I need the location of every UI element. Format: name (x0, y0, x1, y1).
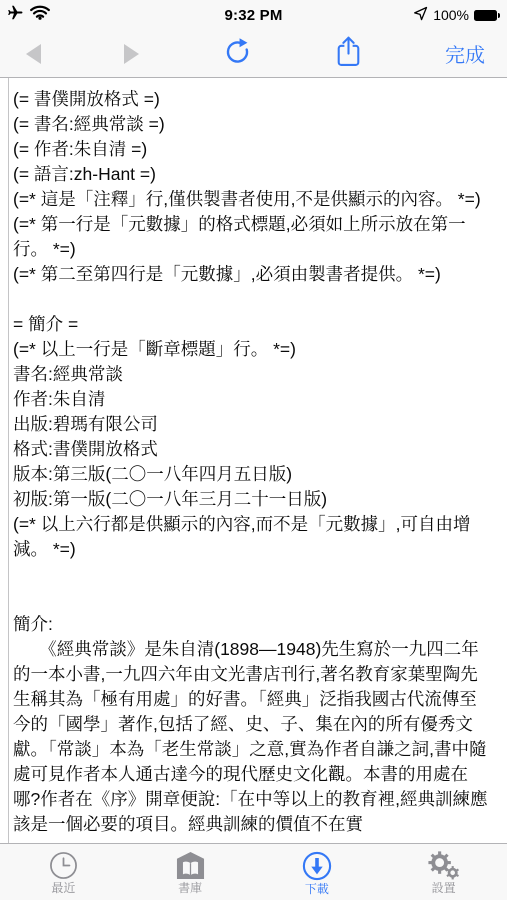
text-line: (=* 以上一行是「斷章標題」行。 *=) (13, 337, 494, 362)
clock-icon (49, 851, 78, 880)
status-right-cluster: 100% (413, 6, 500, 24)
text-line (13, 287, 494, 312)
done-button[interactable]: 完成 (445, 39, 485, 68)
text-line: 版本:第三版(二〇一八年四月五日版) (13, 462, 494, 487)
refresh-button[interactable] (223, 37, 252, 71)
text-line (13, 562, 494, 587)
text-line: 出版:碧瑪有限公司 (13, 412, 494, 437)
screen: 9:32 PM 100% (0, 0, 507, 900)
page-edge (8, 78, 9, 843)
tab-label: 設置 (432, 882, 456, 895)
text-line: 格式:書僕開放格式 (13, 437, 494, 462)
text-line: (=* 以上六行都是供顯示的內容,而不是「元數據」,可自由增減。 *=) (13, 512, 494, 562)
back-button[interactable] (26, 44, 41, 64)
text-line: (=* 第一行是「元數據」的格式標題,必須如上所示放在第一行。 *=) (13, 212, 494, 262)
document-view[interactable]: (= 書僕開放格式 =)(= 書名:經典常談 =)(= 作者:朱自清 =)(= … (0, 78, 507, 843)
forward-icon (124, 44, 139, 64)
text-line: 《經典常談》是朱自清(1898—1948)先生寫於一九四二年的一本小書,一九四六… (13, 637, 494, 837)
tab-label: 最近 (51, 882, 75, 895)
text-line: 簡介: (13, 612, 494, 637)
status-left-cluster (7, 4, 50, 26)
text-line: 作者:朱自清 (13, 387, 494, 412)
text-line: (= 語言:zh-Hant =) (13, 162, 494, 187)
library-icon (175, 851, 206, 880)
status-bar: 9:32 PM 100% (0, 0, 507, 30)
tab-recent[interactable]: 最近 (0, 844, 127, 900)
wifi-icon (30, 5, 50, 25)
text-content: (= 書僕開放格式 =)(= 書名:經典常談 =)(= 作者:朱自清 =)(= … (13, 87, 494, 837)
share-button[interactable] (335, 35, 362, 73)
tab-download[interactable]: 下載 (254, 844, 381, 900)
gears-icon (427, 851, 460, 880)
tab-label: 下載 (305, 883, 329, 896)
battery-icon (474, 10, 497, 21)
text-line: (=* 這是「注釋」行,僅供製書者使用,不是供顯示的內容。 *=) (13, 187, 494, 212)
tab-library[interactable]: 書庫 (127, 844, 254, 900)
text-line: = 簡介 = (13, 312, 494, 337)
tab-label: 書庫 (178, 882, 202, 895)
battery-percent: 100% (433, 7, 469, 23)
back-icon (26, 44, 41, 64)
download-icon (302, 851, 332, 881)
navigation-toolbar: 完成 (0, 30, 507, 78)
text-line: (= 書僕開放格式 =) (13, 87, 494, 112)
tab-bar: 最近 書庫 下載 (0, 843, 507, 900)
share-icon (335, 35, 362, 73)
text-line: (= 作者:朱自清 =) (13, 137, 494, 162)
location-icon (413, 6, 428, 24)
refresh-icon (223, 37, 252, 71)
airplane-mode-icon (7, 4, 24, 26)
tab-settings[interactable]: 設置 (380, 844, 507, 900)
text-line: 初版:第一版(二〇一八年三月二十一日版) (13, 487, 494, 512)
text-line: (= 書名:經典常談 =) (13, 112, 494, 137)
text-line: 書名:經典常談 (13, 362, 494, 387)
forward-button[interactable] (124, 44, 139, 64)
text-line: (=* 第二至第四行是「元數據」,必須由製書者提供。 *=) (13, 262, 494, 287)
text-line (13, 587, 494, 612)
